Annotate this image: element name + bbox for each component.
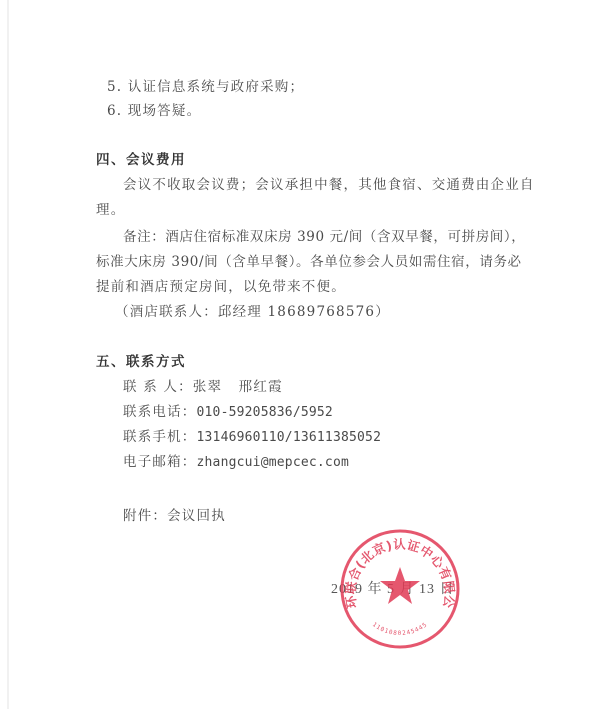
svg-text:1101080245445: 1101080245445: [371, 621, 429, 637]
page-edge: [7, 0, 9, 709]
hotel-contact-phone: 18689768576: [268, 304, 376, 320]
contact-email-value: zhangcui@mepcec.com: [197, 455, 350, 470]
contact-person-value: 张翠 邢红霞: [193, 379, 283, 395]
hotel-note-line-1: 备注：酒店住宿标准双床房 390 元/间（含双早餐，可拼房间），: [123, 228, 525, 246]
hotel-note-line-3: 提前和酒店预定房间，以免带来不便。: [96, 278, 346, 296]
contact-mobile: 联系手机：13146960110/13611385052: [123, 428, 381, 447]
hotel-note-line-2: 标准大床房 390/间（含单早餐）。各单位参会人员如需住宿，请务必: [96, 253, 522, 271]
hotel-contact: （酒店联系人：邱经理 18689768576）: [115, 303, 390, 321]
contact-mobile-label: 联系手机：: [123, 429, 197, 445]
meeting-fee-line-1: 会议不收取会议费；会议承担中餐，其他食宿、交通费由企业自: [123, 176, 535, 194]
meeting-fee-line-2: 理。: [96, 201, 125, 219]
official-seal-icon: 中环联合(北京)认证中心有限公司 1101080245445: [338, 527, 462, 651]
agenda-item-text: 现场答疑。: [128, 103, 202, 119]
contact-phone-value: 010-59205836/5952: [197, 405, 333, 420]
section-4-heading: 四、会议费用: [96, 151, 186, 169]
hotel-contact-end: ）: [375, 304, 390, 320]
contact-mobile-value: 13146960110/13611385052: [197, 430, 382, 445]
contact-person: 联 系 人：张翠 邢红霞: [123, 378, 283, 396]
contact-email: 电子邮箱：zhangcui@mepcec.com: [123, 453, 349, 472]
svg-text:中环联合(北京)认证中心有限公司: 中环联合(北京)认证中心有限公司: [338, 527, 457, 609]
attachment-note: 附件：会议回执: [123, 507, 226, 525]
agenda-item-number: 5.: [107, 79, 122, 95]
contact-phone-label: 联系电话：: [123, 404, 197, 420]
agenda-item-6: 6. 现场答疑。: [107, 102, 201, 120]
contact-person-label: 联 系 人：: [123, 379, 193, 395]
section-5-heading: 五、联系方式: [96, 353, 186, 371]
agenda-item-5: 5. 认证信息系统与政府采购；: [107, 78, 304, 96]
contact-email-label: 电子邮箱：: [123, 454, 197, 470]
hotel-contact-label: （酒店联系人：邱经理: [115, 304, 268, 320]
agenda-item-text: 认证信息系统与政府采购；: [128, 79, 304, 95]
contact-phone: 联系电话：010-59205836/5952: [123, 403, 333, 422]
agenda-item-number: 6.: [107, 103, 122, 119]
